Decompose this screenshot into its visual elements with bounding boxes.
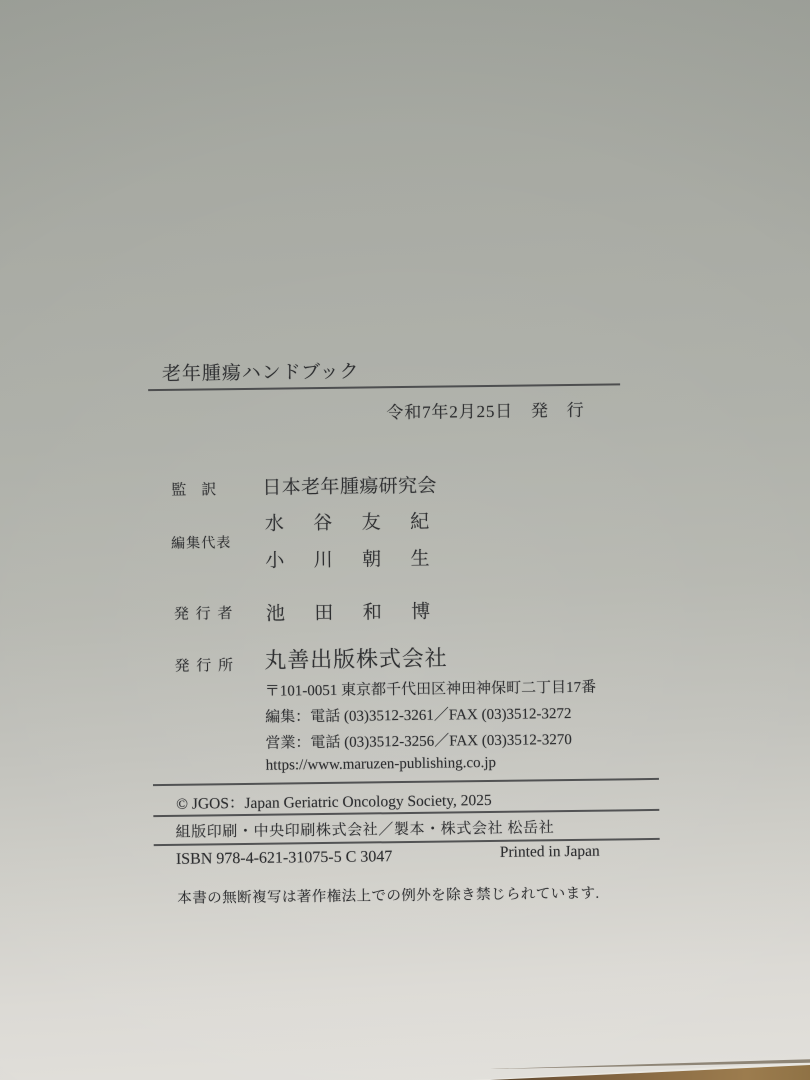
publication-date: 令和7年2月25日 発 行 (386, 396, 584, 423)
colophon-content: 老年腫瘍ハンドブック 令和7年2月25日 発 行 監 訳 日本老年腫瘍研究会 水… (0, 0, 810, 1080)
editor-name-2: 小川朝生 (265, 543, 459, 572)
publisher-person-label: 発行者 (174, 602, 240, 624)
printed-in-japan: Printed in Japan (500, 843, 600, 862)
publisher-company-name: 丸善出版株式会社 (264, 641, 447, 674)
publisher-address: 〒101-0051 東京都千代田区神田神保町二丁目17番 (265, 676, 596, 701)
supervising-translation-value: 日本老年腫瘍研究会 (262, 471, 437, 500)
publisher-website: https://www.maruzen-publishing.co.jp (266, 755, 496, 775)
copyright-notice: 本書の無断複写は著作権法上での例外を除き禁じられています. (177, 882, 599, 908)
isbn-line: ISBN 978-4-621-31075-5 C 3047 (176, 848, 393, 869)
publisher-person-value: 池田和博 (266, 596, 460, 625)
copyright-line: © JGOS：Japan Geriatric Oncology Society,… (176, 788, 492, 814)
publisher-company-label: 発行所 (174, 654, 240, 676)
sales-contact: 営業：電話 (03)3512-3256／FAX (03)3512-3270 (265, 728, 572, 753)
book-colophon-photo: 老年腫瘍ハンドブック 令和7年2月25日 発 行 監 訳 日本老年腫瘍研究会 水… (0, 0, 810, 1080)
book-title: 老年腫瘍ハンドブック (162, 357, 360, 386)
editors-label: 編集代表 (171, 532, 232, 553)
copyright-divider-top (153, 778, 659, 786)
editorial-contact: 編集：電話 (03)3512-3261／FAX (03)3512-3272 (265, 702, 572, 727)
editor-name-1: 水谷友紀 (265, 506, 459, 535)
production-credits: 組版印刷・中央印刷株式会社／製本・株式会社 松岳社 (175, 816, 554, 842)
supervising-translation-label: 監 訳 (171, 478, 221, 500)
